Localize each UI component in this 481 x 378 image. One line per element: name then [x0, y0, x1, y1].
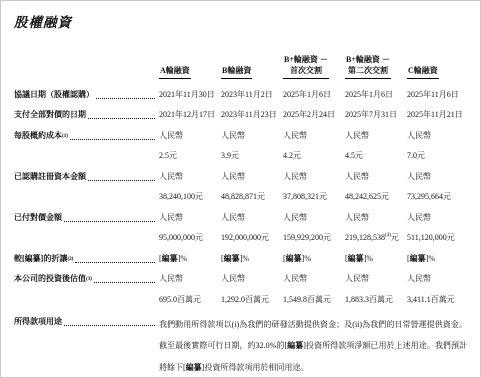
text-segment: 2021年11月30日 — [159, 90, 215, 99]
column-header-text: B+輪融資 －第二次交割 — [345, 54, 391, 79]
text-segment: ]% — [302, 254, 311, 263]
row-label: 較[編纂]的折讓(2) — [14, 254, 159, 264]
text-segment: 7.0元 — [407, 151, 425, 160]
footnote-ref: (2) — [67, 254, 73, 264]
text-segment: ]投資所得款項用於相同用途。 — [202, 363, 309, 372]
table-cell: 人民幣 — [221, 131, 283, 141]
table-cell: 2025年11月21日 — [407, 110, 469, 120]
text-segment: 3,411.1百萬元 — [407, 295, 455, 304]
dot-leader — [88, 118, 155, 119]
table-cell: 48,242,625元 — [345, 192, 407, 202]
table-body: 協議日期（股權認購）2021年11月30日2023年11月2日2025年1月6日… — [14, 79, 467, 378]
table-cell: [編纂]% — [159, 254, 221, 264]
table-row: 支付全部對價的日期2021年12月17日2023年11月23日2025年2月24… — [14, 100, 467, 121]
table-cell: 2025年7月31日 — [345, 110, 407, 120]
text-segment: 人民幣 — [159, 131, 183, 140]
table-row: 已付對價金額人民幣人民幣人民幣人民幣人民幣 — [14, 202, 467, 223]
column-header: B輪融資 — [221, 65, 283, 79]
column-header: C輪融資 — [407, 65, 469, 79]
text-segment: 2021年12月17日 — [159, 110, 215, 119]
row-label-text: 支付全部對價的日期 — [14, 110, 86, 120]
table-row: 每股概約成本(1)人民幣人民幣人民幣人民幣人民幣 — [14, 120, 467, 141]
row-label: 已認購註冊資本金額 — [14, 172, 159, 182]
table-cell: 4.2元 — [283, 151, 345, 161]
table-cell: 95,000,000元 — [159, 233, 221, 243]
text-segment: 2023年11月2日 — [221, 90, 273, 99]
table-cell: 人民幣 — [283, 131, 345, 141]
row-label-text: 已認購註冊資本金額 — [14, 172, 86, 182]
text-segment: ]% — [178, 254, 187, 263]
table-cell: [編纂]% — [345, 254, 407, 264]
table-row: 較[編纂]的折讓(2)[編纂]%[編纂]%[編纂]%[編纂]%[編纂]% — [14, 243, 467, 264]
text-segment: 1,292.0百萬元 — [221, 295, 269, 304]
table-cell: 人民幣 — [221, 274, 283, 284]
table-cell: 159,929,200元 — [283, 233, 345, 243]
row-label: 每股概約成本(1) — [14, 131, 159, 141]
table-cell: 1,292.0百萬元 — [221, 295, 283, 305]
redacted-marker: 編纂 — [224, 254, 240, 263]
table-cell: 人民幣 — [159, 131, 221, 141]
column-header-text: B+輪融資 －首次交割 — [283, 54, 329, 79]
table-cell: 3.9元 — [221, 151, 283, 161]
table-cell: [編纂]% — [407, 254, 469, 264]
text-segment: 2025年11月6日 — [407, 90, 459, 99]
table-cell: [編纂]% — [221, 254, 283, 264]
table-cell: 2025年1月6日 — [283, 90, 345, 100]
redacted-marker: 編纂 — [348, 254, 364, 263]
text-segment: 2025年1月6日 — [345, 90, 393, 99]
text-segment: 人民幣 — [221, 172, 245, 181]
text-segment: 人民幣 — [283, 213, 307, 222]
table-row: 所得款項用途我們動用所得款項以(i)為我們的研發活動提供資金；及(ii)為我們的… — [14, 314, 467, 378]
table-cell: 219,128,538(4)元 — [345, 230, 407, 243]
text-segment: 37,808,321元 — [283, 192, 327, 201]
row-label-text: 較[編纂]的折讓 — [14, 254, 67, 264]
text-segment: 人民幣 — [159, 274, 183, 283]
table-row-values: 695.0百萬元1,292.0百萬元1,549.8百萬元1,883.3百萬元3,… — [14, 284, 467, 305]
table-cell: 人民幣 — [345, 172, 407, 182]
row-label-text: 已付對價金額 — [14, 213, 62, 223]
table-cell: 人民幣 — [407, 131, 469, 141]
table-cell: 37,808,321元 — [283, 192, 345, 202]
table-cell: 人民幣 — [159, 213, 221, 223]
table-cell: 人民幣 — [345, 274, 407, 284]
text-segment: 95,000,000元 — [159, 233, 203, 242]
table-cell: 192,000,000元 — [221, 233, 283, 243]
table-cell: 73,295,664元 — [407, 192, 469, 202]
table-cell: 1,549.8百萬元 — [283, 295, 345, 305]
redacted-marker: 編纂 — [162, 254, 178, 263]
redacted-marker: 編纂 — [186, 363, 202, 372]
table-cell: 人民幣 — [345, 213, 407, 223]
text-segment: ]% — [426, 254, 435, 263]
text-segment: 2025年2月24日 — [283, 110, 335, 119]
column-header-text: B輪融資 — [221, 65, 252, 79]
table-cell: 人民幣 — [407, 172, 469, 182]
table-cell: 3,411.1百萬元 — [407, 295, 469, 305]
dot-leader — [94, 282, 155, 283]
text-segment: 人民幣 — [283, 131, 307, 140]
dot-leader — [70, 139, 155, 140]
table-cell: 人民幣 — [159, 274, 221, 284]
table-cell: 7.0元 — [407, 151, 469, 161]
use-of-proceeds-paragraph: 我們動用所得款項以(i)為我們的研發活動提供資金；及(ii)為我們的日常營運提供… — [159, 314, 467, 378]
row-label-text: 所得款項用途 — [14, 317, 62, 327]
table-cell: 1,883.3百萬元 — [345, 295, 407, 305]
row-label-text: 本公司的投資後估值 — [14, 274, 86, 284]
dot-leader — [96, 98, 155, 99]
row-label: 支付全部對價的日期 — [14, 110, 159, 120]
table-cell: 2025年1月6日 — [345, 90, 407, 100]
text-segment: 元 — [391, 233, 399, 242]
row-label: 所得款項用途 — [14, 314, 159, 327]
text-segment: 2023年11月23日 — [221, 110, 277, 119]
table-row-values: 95,000,000元192,000,000元159,929,200元219,1… — [14, 223, 467, 244]
text-segment: 人民幣 — [407, 172, 431, 181]
table-cell: 人民幣 — [283, 213, 345, 223]
text-segment: 511,120,000元 — [407, 233, 455, 242]
table-cell: 人民幣 — [221, 172, 283, 182]
text-segment: 人民幣 — [159, 213, 183, 222]
text-segment: ]% — [364, 254, 373, 263]
text-segment: 人民幣 — [407, 213, 431, 222]
table-cell: 2.5元 — [159, 151, 221, 161]
table-cell: 2025年2月24日 — [283, 110, 345, 120]
table-cell: 人民幣 — [345, 131, 407, 141]
text-segment: 2025年7月31日 — [345, 110, 397, 119]
text-segment: 48,828,871元 — [221, 192, 265, 201]
text-segment: 人民幣 — [221, 213, 245, 222]
text-segment: 4.2元 — [283, 151, 301, 160]
footnote-ref: (3) — [86, 274, 92, 284]
column-header-text: C輪融資 — [407, 65, 439, 79]
redacted-marker: 編纂 — [286, 254, 302, 263]
row-label-text: 每股概約成本 — [14, 131, 62, 141]
text-segment: 38,240,100元 — [159, 192, 203, 201]
text-segment: 1,549.8百萬元 — [283, 295, 331, 304]
table-row-values: 38,240,100元48,828,871元37,808,321元48,242,… — [14, 182, 467, 203]
text-segment: 192,000,000元 — [221, 233, 269, 242]
table-cell: 人民幣 — [407, 213, 469, 223]
table-cell: 511,120,000元 — [407, 233, 469, 243]
text-segment: 159,929,200元 — [283, 233, 331, 242]
row-label: 本公司的投資後估值(3) — [14, 274, 159, 284]
column-header: A輪融資 — [159, 65, 221, 79]
text-segment: 2025年1月6日 — [283, 90, 331, 99]
table-cell: 2021年12月17日 — [159, 110, 221, 120]
table-cell: 人民幣 — [159, 172, 221, 182]
redacted-marker: 編纂 — [287, 341, 303, 350]
text-segment: 人民幣 — [283, 274, 307, 283]
text-segment: 人民幣 — [407, 131, 431, 140]
table-cell: 人民幣 — [283, 274, 345, 284]
table-row: 已認購註冊資本金額人民幣人民幣人民幣人民幣人民幣 — [14, 161, 467, 182]
text-segment: 人民幣 — [345, 172, 369, 181]
table-row-values: 2.5元3.9元4.2元4.5元7.0元 — [14, 141, 467, 162]
column-header-text: A輪融資 — [159, 65, 191, 79]
table-cell: 2023年11月2日 — [221, 90, 283, 100]
text-segment: 人民幣 — [283, 172, 307, 181]
text-segment: ]% — [240, 254, 249, 263]
dot-leader — [88, 180, 155, 181]
table-cell: [編纂]% — [283, 254, 345, 264]
dot-leader — [64, 325, 155, 326]
table-cell: 2023年11月23日 — [221, 110, 283, 120]
dot-leader — [75, 262, 155, 263]
text-segment: 人民幣 — [407, 274, 431, 283]
column-header: B+輪融資 －第二次交割 — [345, 54, 407, 79]
table-header-row: A輪融資B輪融資B+輪融資 －首次交割B+輪融資 －第二次交割C輪融資 — [14, 41, 467, 79]
text-segment: 4.5元 — [345, 151, 363, 160]
text-segment: 人民幣 — [221, 274, 245, 283]
table-cell: 2025年11月6日 — [407, 90, 469, 100]
footnote-ref: (1) — [62, 131, 68, 141]
table-cell: 695.0百萬元 — [159, 295, 221, 305]
table-cell: 人民幣 — [407, 274, 469, 284]
text-segment: 人民幣 — [345, 213, 369, 222]
text-segment: 2.5元 — [159, 151, 177, 160]
table-cell: 人民幣 — [283, 172, 345, 182]
table-cell: 48,828,871元 — [221, 192, 283, 202]
dot-leader — [64, 221, 155, 222]
table-cell: 38,240,100元 — [159, 192, 221, 202]
text-segment: 2025年11月21日 — [407, 110, 463, 119]
text-segment: 人民幣 — [345, 131, 369, 140]
table-cell: 2021年11月30日 — [159, 90, 221, 100]
text-segment: 219,128,538 — [345, 233, 385, 242]
redacted-marker: 編纂 — [410, 254, 426, 263]
text-segment: 1,883.3百萬元 — [345, 295, 393, 304]
row-label: 協議日期（股權認購） — [14, 90, 159, 100]
text-segment: 48,242,625元 — [345, 192, 389, 201]
prospectus-page: 股權融資 A輪融資B輪融資B+輪融資 －首次交割B+輪融資 －第二次交割C輪融資… — [0, 0, 481, 378]
text-segment: 人民幣 — [345, 274, 369, 283]
section-title: 股權融資 — [14, 11, 467, 31]
text-segment: 人民幣 — [221, 131, 245, 140]
text-segment: 695.0百萬元 — [159, 295, 201, 304]
row-label: 已付對價金額 — [14, 213, 159, 223]
text-segment: 人民幣 — [159, 172, 183, 181]
text-segment: 73,295,664元 — [407, 192, 451, 201]
equity-financing-table: A輪融資B輪融資B+輪融資 －首次交割B+輪融資 －第二次交割C輪融資 協議日期… — [14, 41, 467, 378]
table-row: 本公司的投資後估值(3)人民幣人民幣人民幣人民幣人民幣 — [14, 264, 467, 285]
column-header: B+輪融資 －首次交割 — [283, 54, 345, 79]
table-row: 協議日期（股權認購）2021年11月30日2023年11月2日2025年1月6日… — [14, 79, 467, 100]
text-segment: 3.9元 — [221, 151, 239, 160]
table-cell: 4.5元 — [345, 151, 407, 161]
table-cell: 人民幣 — [221, 213, 283, 223]
row-label-text: 協議日期（股權認購） — [14, 90, 94, 100]
